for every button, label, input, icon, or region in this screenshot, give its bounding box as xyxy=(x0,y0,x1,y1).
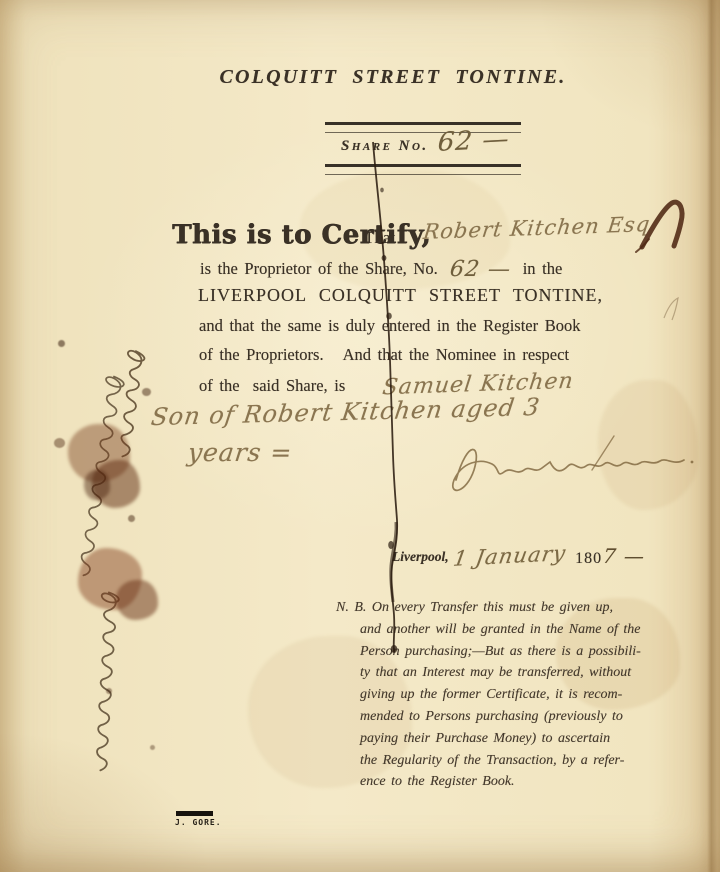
ink-speck xyxy=(106,688,112,694)
notice-line: the Regularity of the Transaction, by a … xyxy=(336,750,670,772)
ink-speck xyxy=(58,340,65,347)
dateline-day-month-handwritten: 1 January xyxy=(451,541,567,571)
line2-share-number-handwritten: 62 — xyxy=(448,257,512,282)
notice-line: mended to Persons purchasing (previously… xyxy=(336,706,670,728)
notice-line: ty that an Interest may be transferred, … xyxy=(336,662,670,684)
certify-line-2: is the Proprietor of the Share, No. 62 —… xyxy=(200,255,562,280)
years-handwritten: years = xyxy=(186,438,294,467)
certify-line-5: of the Proprietors. And that the Nominee… xyxy=(199,345,569,365)
line2-post: in the xyxy=(523,259,563,279)
faint-pen-mark xyxy=(664,298,678,320)
ink-speck xyxy=(142,388,151,396)
nominee-detail-handwritten: Son of Robert Kitchen aged 3 xyxy=(149,393,542,431)
ink-speck xyxy=(128,515,135,522)
vertical-marginalia-scrawl-3 xyxy=(75,589,127,797)
dateline-year-printed: 180 xyxy=(575,550,602,568)
document-title: COLQUITT STREET TONTINE. xyxy=(178,66,608,89)
share-number-label: Share No. xyxy=(341,138,429,155)
printer-imprint: J. GORE. xyxy=(175,818,222,827)
certificate-page: COLQUITT STREET TONTINE. Share No. 62 — … xyxy=(0,0,720,872)
dateline-place: Liverpool, xyxy=(392,549,449,565)
ink-stain xyxy=(116,580,158,620)
notice-line: Person purchasing;—But as there is a pos… xyxy=(336,641,670,663)
notice-line: giving up the former Certificate, it is … xyxy=(336,684,670,706)
notice-line: N. B. On every Transfer this must be giv… xyxy=(336,597,670,619)
notice-paragraph: N. B. On every Transfer this must be giv… xyxy=(336,597,670,793)
notice-line: paying their Purchase Money) to ascertai… xyxy=(336,728,670,750)
ink-speck xyxy=(54,438,65,448)
printer-imprint-bar xyxy=(176,811,213,816)
dateline: Liverpool, 1 January 180 7 — xyxy=(392,544,645,568)
notice-line: and another will be granted in the Name … xyxy=(336,619,670,641)
ink-stain xyxy=(84,470,110,500)
tontine-name-line: LIVERPOOL COLQUITT STREET TONTINE, xyxy=(198,285,603,306)
line6-pre: of the said Share, is xyxy=(199,376,345,396)
notice-line: ence to the Register Book. xyxy=(336,771,670,793)
share-number-handwritten: 62 — xyxy=(437,124,511,158)
line2-pre: is the Proprietor of the Share, No. xyxy=(200,259,438,279)
certify-that: That xyxy=(364,228,395,248)
ink-speck xyxy=(150,745,155,750)
share-box-bottom-rule xyxy=(325,164,521,175)
trustee-signature-scrawl xyxy=(442,428,704,506)
dateline-year-digit-handwritten: 7 — xyxy=(602,544,647,568)
certify-line-4: and that the same is duly entered in the… xyxy=(199,316,581,336)
